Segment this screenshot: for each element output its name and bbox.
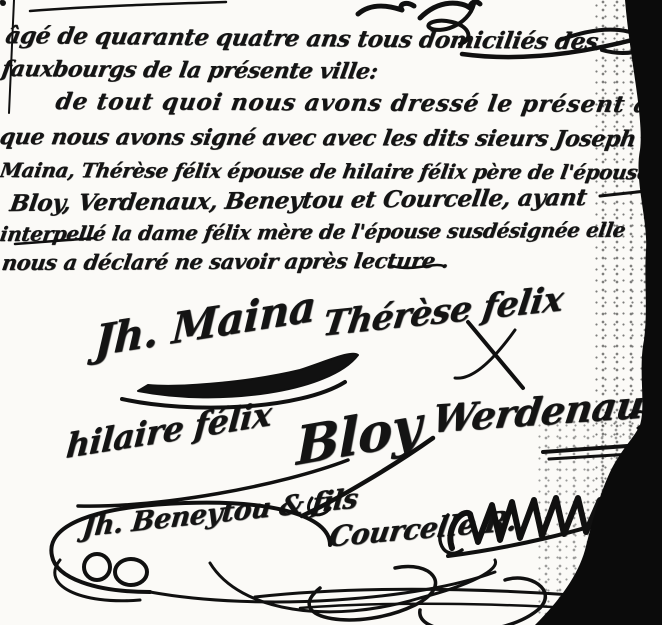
signature-werdenaud: Werdenaud <box>430 379 662 441</box>
body-line-4: que nous avons signé avec avec les dits … <box>0 124 638 152</box>
signature-hilaire-felix: hilaire félix <box>64 394 273 467</box>
official-signature-scrawl <box>445 495 635 565</box>
body-line-1: âgé de quarante quatre ans tous domicili… <box>3 22 599 55</box>
signature-jh-beneytou-fils: Jh. Beneytou & fils <box>81 483 360 543</box>
body-line-8: nous a déclaré ne savoir après lecture . <box>0 248 450 275</box>
signature-jh-maina: Jh. Maina <box>93 281 316 366</box>
top-rule <box>30 2 226 11</box>
body-line-5: Maina, Thérèse félix épouse de hilaire f… <box>0 158 652 184</box>
courcelle-loop-flourishes <box>255 566 650 625</box>
signature-bloy: Bloy <box>296 394 421 478</box>
body-line-7: interpellé la dame félix mère de l'épous… <box>0 218 627 246</box>
body-line-6: Bloy, Verdenaux, Beneytou et Courcelle, … <box>8 184 588 217</box>
scanned-document-page: âgé de quarante quatre ans tous domicili… <box>0 0 662 625</box>
body-line-3: de tout quoi nous avons dressé le présen… <box>54 88 662 118</box>
line6-end-dash <box>600 190 655 196</box>
ink-speckles-small <box>0 0 3 3</box>
signature-therese-felix: Thérèse felix <box>320 279 565 345</box>
body-line-2: fauxbourgs de la présente ville: <box>0 56 380 85</box>
therese-felix-cross-stroke <box>455 322 523 388</box>
ink-speckles-large <box>0 0 6 6</box>
